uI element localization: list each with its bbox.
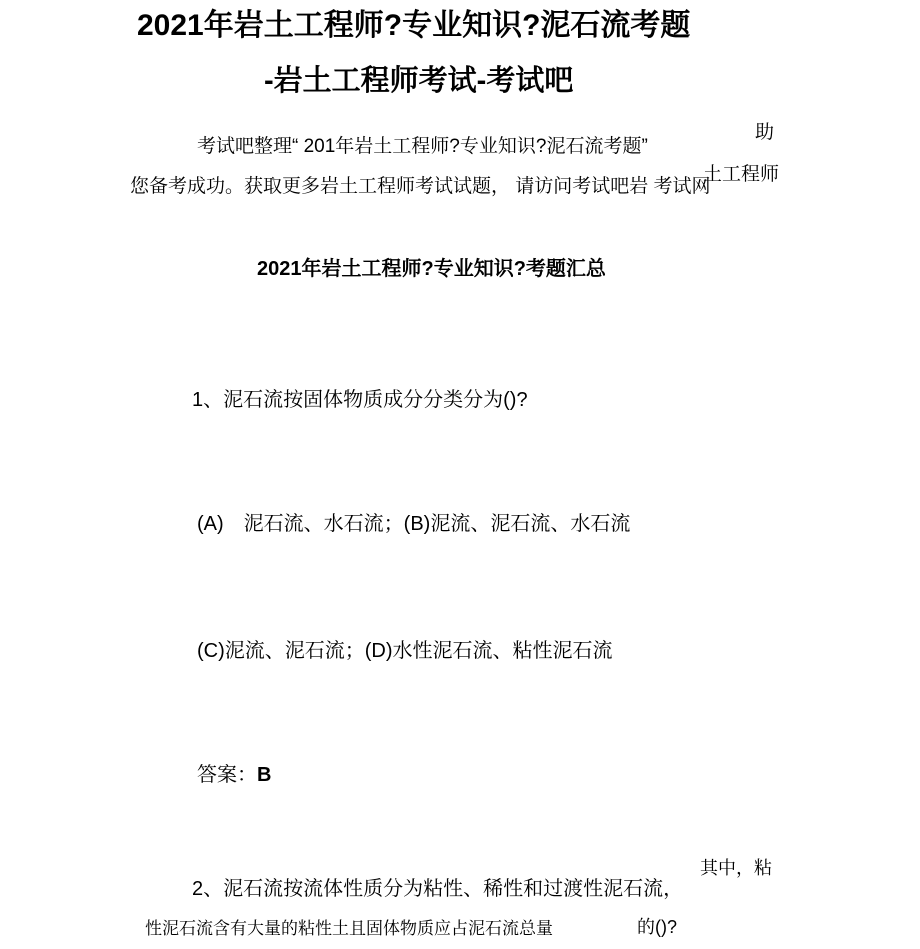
question1-answer-label: 答案： <box>197 764 257 786</box>
question1-options-ab: (A) 泥石流、水石流；(B)泥流、泥石流、水石流 <box>197 513 630 536</box>
question2-right-fragment: 其中，粘 <box>700 858 772 879</box>
intro-right-fragment-mid: 土工程师 <box>703 164 779 186</box>
question2-stem-line1: 2、泥石流按流体性质分为粘性、稀性和过渡性泥石流， <box>192 878 683 901</box>
question1-answer-value: B <box>257 764 271 786</box>
document-title-line1: 2021年岩土工程师?专业知识?泥石流考题 <box>137 9 690 44</box>
summary-heading: 2021年岩土工程师?专业知识?考题汇总 <box>257 258 606 281</box>
question1-answer: 答案：B <box>197 764 271 787</box>
intro-right-fragment-top: 助 <box>755 122 774 144</box>
question1-options-cd: (C)泥流、泥石流；(D)水性泥石流、粘性泥石流 <box>197 640 613 663</box>
question1-stem: 1、泥石流按固体物质成分分类分为()? <box>192 389 528 412</box>
document-page: 2021年岩土工程师?专业知识?泥石流考题 -岩土工程师考试-考试吧 助 考试吧… <box>0 0 920 949</box>
question2-stem-line2-right: 的()? <box>637 917 677 938</box>
intro-line2: 您备考成功。获取更多岩土工程师考试试题， 请访问考试吧岩 考试网 <box>130 176 711 198</box>
question2-stem-line2-left: 性泥石流含有大量的粘性土且固体物质应占泥石流总量 <box>145 919 553 939</box>
document-title-line2: -岩土工程师考试-考试吧 <box>264 65 573 98</box>
intro-line1: 考试吧整理“ 201年岩土工程师?专业知识?泥石流考题” <box>197 136 648 158</box>
